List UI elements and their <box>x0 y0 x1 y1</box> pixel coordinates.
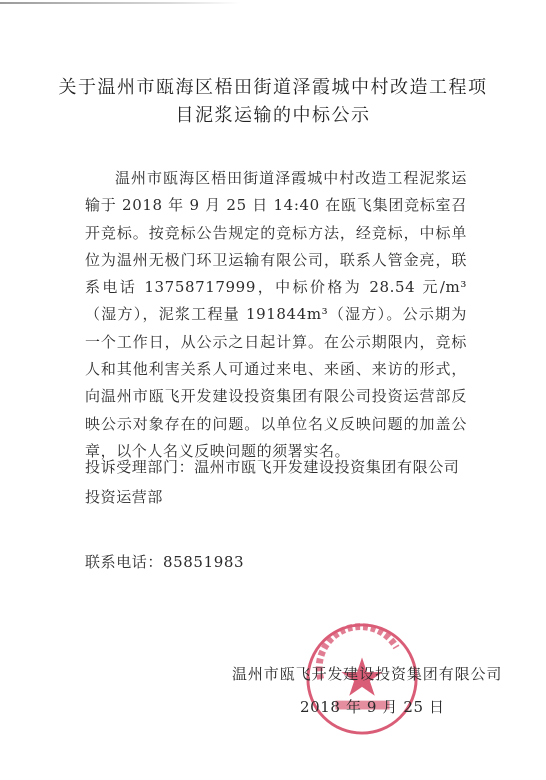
document-title: 关于温州市瓯海区梧田街道泽霞城中村改造工程项 目泥浆运输的中标公示 <box>0 74 546 130</box>
complaint-department: 投诉受理部门：温州市瓯飞开发建设投资集团有限公司投资运营部 <box>85 452 470 512</box>
contact-phone: 联系电话：85851983 <box>85 551 244 572</box>
title-line-1: 关于温州市瓯海区梧田街道泽霞城中村改造工程项 <box>0 74 546 102</box>
title-line-2: 目泥浆运输的中标公示 <box>0 102 546 130</box>
body-paragraph: 温州市瓯海区梧田街道泽霞城中村改造工程泥浆运输于 2018 年 9 月 25 日… <box>85 165 467 465</box>
scan-edge-line <box>0 2 240 4</box>
signature-date: 2018 年 9 月 25 日 <box>300 696 445 717</box>
body-paragraph-text: 温州市瓯海区梧田街道泽霞城中村改造工程泥浆运输于 2018 年 9 月 25 日… <box>85 165 467 465</box>
signer-organization: 温州市瓯飞开发建设投资集团有限公司 <box>232 663 502 684</box>
